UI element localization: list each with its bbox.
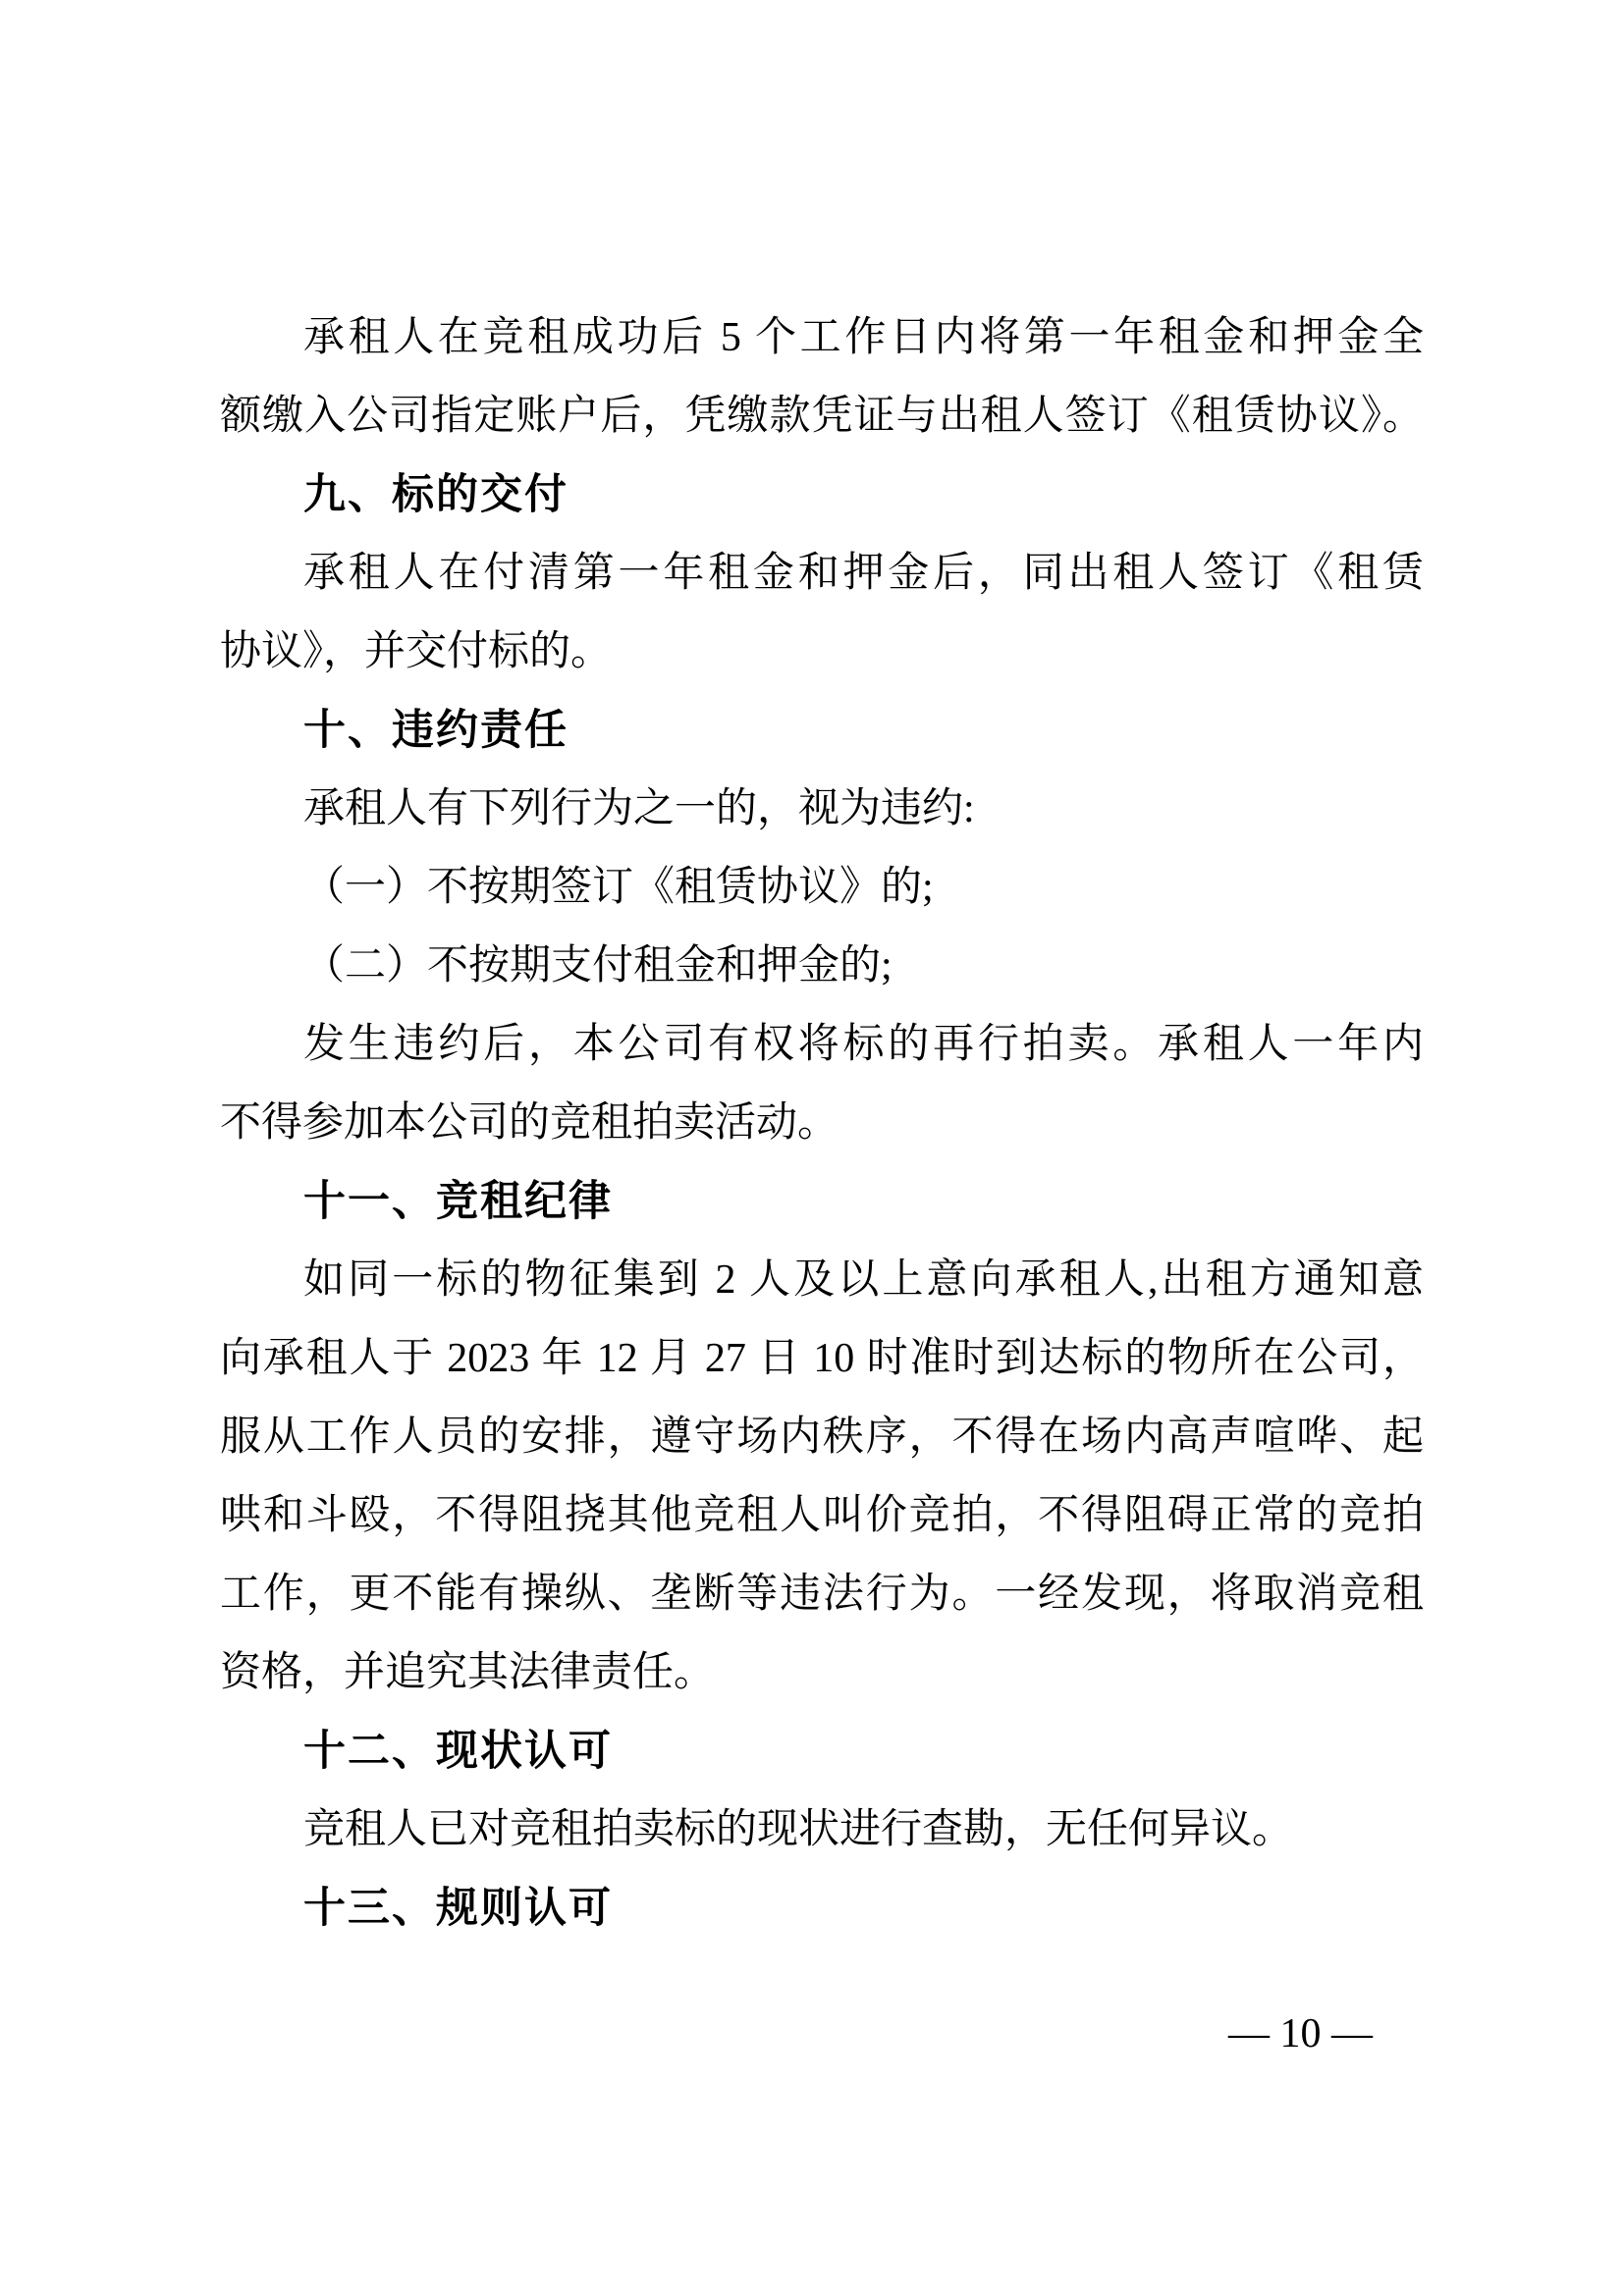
paragraph-line: 承租人在付清第一年租金和押金后，同出租人签订《租赁 bbox=[220, 534, 1424, 613]
paragraph-line: 哄和斗殴，不得阻挠其他竞租人叫价竞拍，不得阻碍正常的竞拍 bbox=[220, 1476, 1424, 1555]
paragraph-line: 向承租人于 2023 年 12 月 27 日 10 时准时到达标的物所在公司， bbox=[220, 1319, 1424, 1398]
paragraph-line: 不得参加本公司的竞租拍卖活动。 bbox=[220, 1084, 1424, 1162]
list-item-1: （一）不按期签订《租赁协议》的; bbox=[220, 848, 1424, 927]
paragraph-line: 竞租人已对竞租拍卖标的现状进行查勘，无任何异议。 bbox=[220, 1790, 1424, 1869]
document-page: 承租人在竞租成功后 5 个工作日内将第一年租金和押金全 额缴入公司指定账户后，凭… bbox=[0, 0, 1624, 1948]
paragraph-line: 服从工作人员的安排，遵守场内秩序，不得在场内高声喧哗、起 bbox=[220, 1398, 1424, 1476]
paragraph-line: 如同一标的物征集到 2 人及以上意向承租人,出租方通知意 bbox=[220, 1241, 1424, 1319]
section-heading-10-breach: 十、违约责任 bbox=[220, 691, 1424, 770]
section-heading-11-discipline: 十一、竞租纪律 bbox=[220, 1162, 1424, 1241]
paragraph-line: 协议》，并交付标的。 bbox=[220, 613, 1424, 691]
section-heading-9-delivery: 九、标的交付 bbox=[220, 455, 1424, 534]
paragraph-line: 承租人在竞租成功后 5 个工作日内将第一年租金和押金全 bbox=[220, 298, 1424, 377]
list-item-2: （二）不按期支付租金和押金的; bbox=[220, 927, 1424, 1005]
section-heading-12-status: 十二、现状认可 bbox=[220, 1712, 1424, 1790]
paragraph-line: 发生违约后，本公司有权将标的再行拍卖。承租人一年内 bbox=[220, 1005, 1424, 1084]
paragraph-line: 工作，更不能有操纵、垄断等违法行为。一经发现，将取消竞租 bbox=[220, 1555, 1424, 1633]
section-heading-13-rules: 十三、规则认可 bbox=[220, 1869, 1424, 1948]
paragraph-line: 资格，并追究其法律责任。 bbox=[220, 1633, 1424, 1712]
paragraph-line: 额缴入公司指定账户后，凭缴款凭证与出租人签订《租赁协议》。 bbox=[220, 377, 1424, 455]
page-number: — 10 — bbox=[1228, 2004, 1373, 2063]
paragraph-line: 承租人有下列行为之一的，视为违约: bbox=[220, 770, 1424, 848]
